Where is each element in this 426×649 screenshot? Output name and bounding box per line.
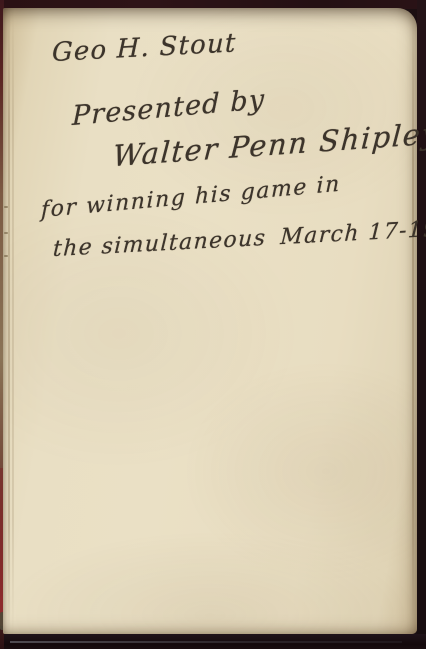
inscription-line-occasion-date: the simultaneousMarch 17-1900 xyxy=(52,215,426,262)
inscription-line-recipient: Geo H. Stout xyxy=(52,28,237,68)
inscription-line-presented-by: Presented by xyxy=(72,84,266,132)
binding-stitch-mark xyxy=(4,232,8,234)
cover-bottom-reflection xyxy=(10,641,402,643)
book-page: Geo H. Stout Presented by Walter Penn Sh… xyxy=(3,8,417,634)
inscription-date: March 17-1900 xyxy=(280,215,426,250)
inscription-occasion-text: the simultaneous xyxy=(52,226,267,262)
inscription-line-reason: for winning his game in xyxy=(41,172,341,223)
book-cover-edge-right xyxy=(417,0,426,649)
gutter-crease xyxy=(12,8,14,634)
book-photo: Geo H. Stout Presented by Walter Penn Sh… xyxy=(0,0,426,649)
binding-stitch-mark xyxy=(4,255,8,257)
binding-stitch-mark xyxy=(4,206,8,208)
page-edge-shadow xyxy=(412,14,414,628)
gutter-crease xyxy=(8,8,10,634)
inscription-line-signature: Walter Penn Shipley xyxy=(112,116,426,173)
